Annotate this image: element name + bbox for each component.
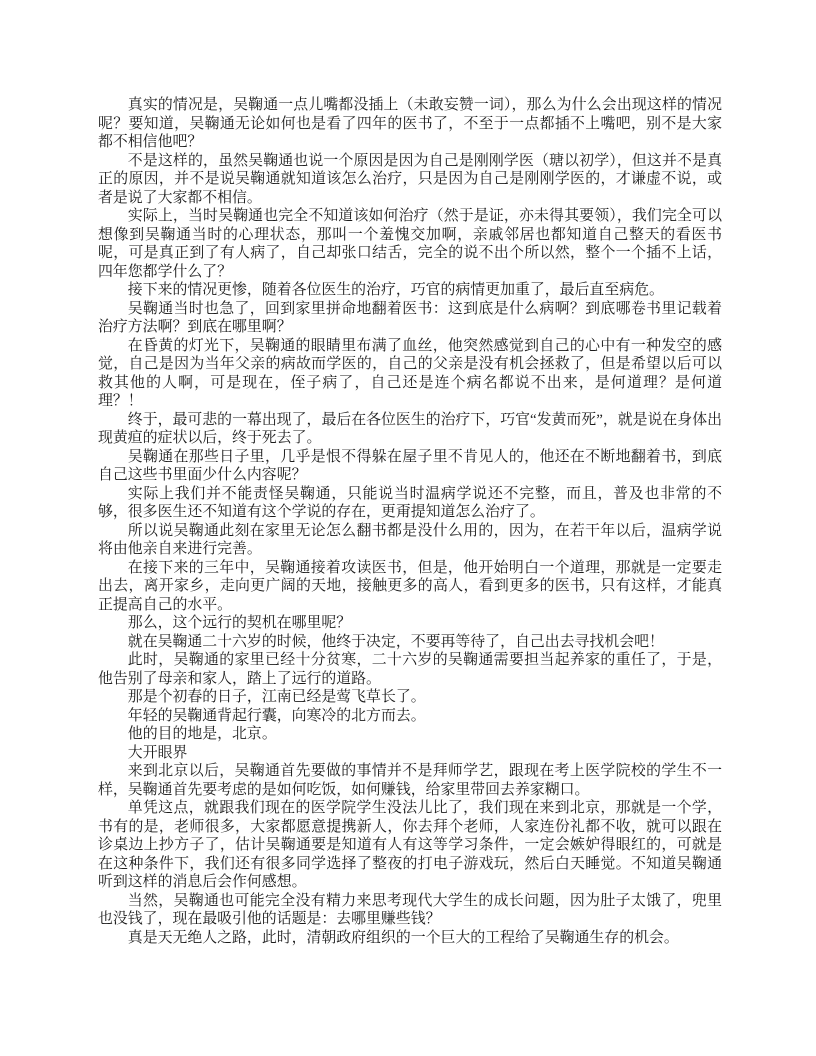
paragraph-13: 就在吴鞠通二十六岁的时候，他终于决定，不要再等待了，自己出去寻找机会吧！ <box>98 633 722 652</box>
document-page: 真实的情况是，吴鞠通一点儿嘴都没插上（未敢妄赞一词），那么为什么会出现这样的情况… <box>0 0 816 1056</box>
paragraph-16: 年轻的吴鞠通背起行囊，向寒冷的北方而去。 <box>98 707 722 726</box>
paragraph-7: 终于，最可悲的一幕出现了，最后在各位医生的治疗下，巧官“发黄而死”，就是说在身体… <box>98 411 722 448</box>
paragraph-14: 此时，吴鞠通的家里已经十分贫寒，二十六岁的吴鞠通需要担当起养家的重任了，于是，他… <box>98 651 722 688</box>
paragraph-6: 在昏黄的灯光下，吴鞠通的眼睛里布满了血丝，他突然感觉到自己的心中有一种发空的感觉… <box>98 337 722 411</box>
paragraph-10: 所以说吴鞠通此刻在家里无论怎么翻书都是没什么用的，因为，在若干年以后，温病学说将… <box>98 522 722 559</box>
paragraph-15: 那是个初春的日子，江南已经是莺飞草长了。 <box>98 688 722 707</box>
paragraph-21: 当然，吴鞠通也可能完全没有精力来思考现代大学生的成长问题，因为肚子太饿了，兜里也… <box>98 892 722 929</box>
paragraph-22: 真是天无绝人之路，此时，清朝政府组织的一个巨大的工程给了吴鞠通生存的机会。 <box>98 929 722 948</box>
paragraph-17: 他的目的地是，北京。 <box>98 725 722 744</box>
paragraph-8: 吴鞠通在那些日子里，几乎是恨不得躲在屋子里不肯见人的，他还在不断地翻着书，到底自… <box>98 448 722 485</box>
paragraph-20: 单凭这点，就跟我们现在的医学院学生没法儿比了，我们现在来到北京，那就是一个学，书… <box>98 799 722 892</box>
paragraph-9: 实际上我们并不能责怪吴鞠通，只能说当时温病学说还不完整，而且，普及也非常的不够，… <box>98 485 722 522</box>
paragraph-19: 来到北京以后，吴鞠通首先要做的事情并不是拜师学艺，跟现在考上医学院校的学生不一样… <box>98 762 722 799</box>
paragraph-1: 真实的情况是，吴鞠通一点儿嘴都没插上（未敢妄赞一词），那么为什么会出现这样的情况… <box>98 96 722 152</box>
paragraph-2: 不是这样的，虽然吴鞠通也说一个原因是因为自己是刚刚学医（瑭以初学），但这并不是真… <box>98 152 722 208</box>
page-text-block: 真实的情况是，吴鞠通一点儿嘴都没插上（未敢妄赞一词），那么为什么会出现这样的情况… <box>98 96 722 947</box>
paragraph-11: 在接下来的三年中，吴鞠通接着攻读医书，但是，他开始明白一个道理，那就是一定要走出… <box>98 559 722 615</box>
paragraph-5: 吴鞠通当时也急了，回到家里拼命地翻着医书：这到底是什么病啊？到底哪卷书里记载着治… <box>98 300 722 337</box>
paragraph-12: 那么，这个远行的契机在哪里呢？ <box>98 614 722 633</box>
paragraph-4: 接下来的情况更惨，随着各位医生的治疗，巧官的病情更加重了，最后直至病危。 <box>98 281 722 300</box>
paragraph-3: 实际上，当时吴鞠通也完全不知道该如何治疗（然于是证，亦未得其要领），我们完全可以… <box>98 207 722 281</box>
section-heading: 大开眼界 <box>98 744 722 763</box>
